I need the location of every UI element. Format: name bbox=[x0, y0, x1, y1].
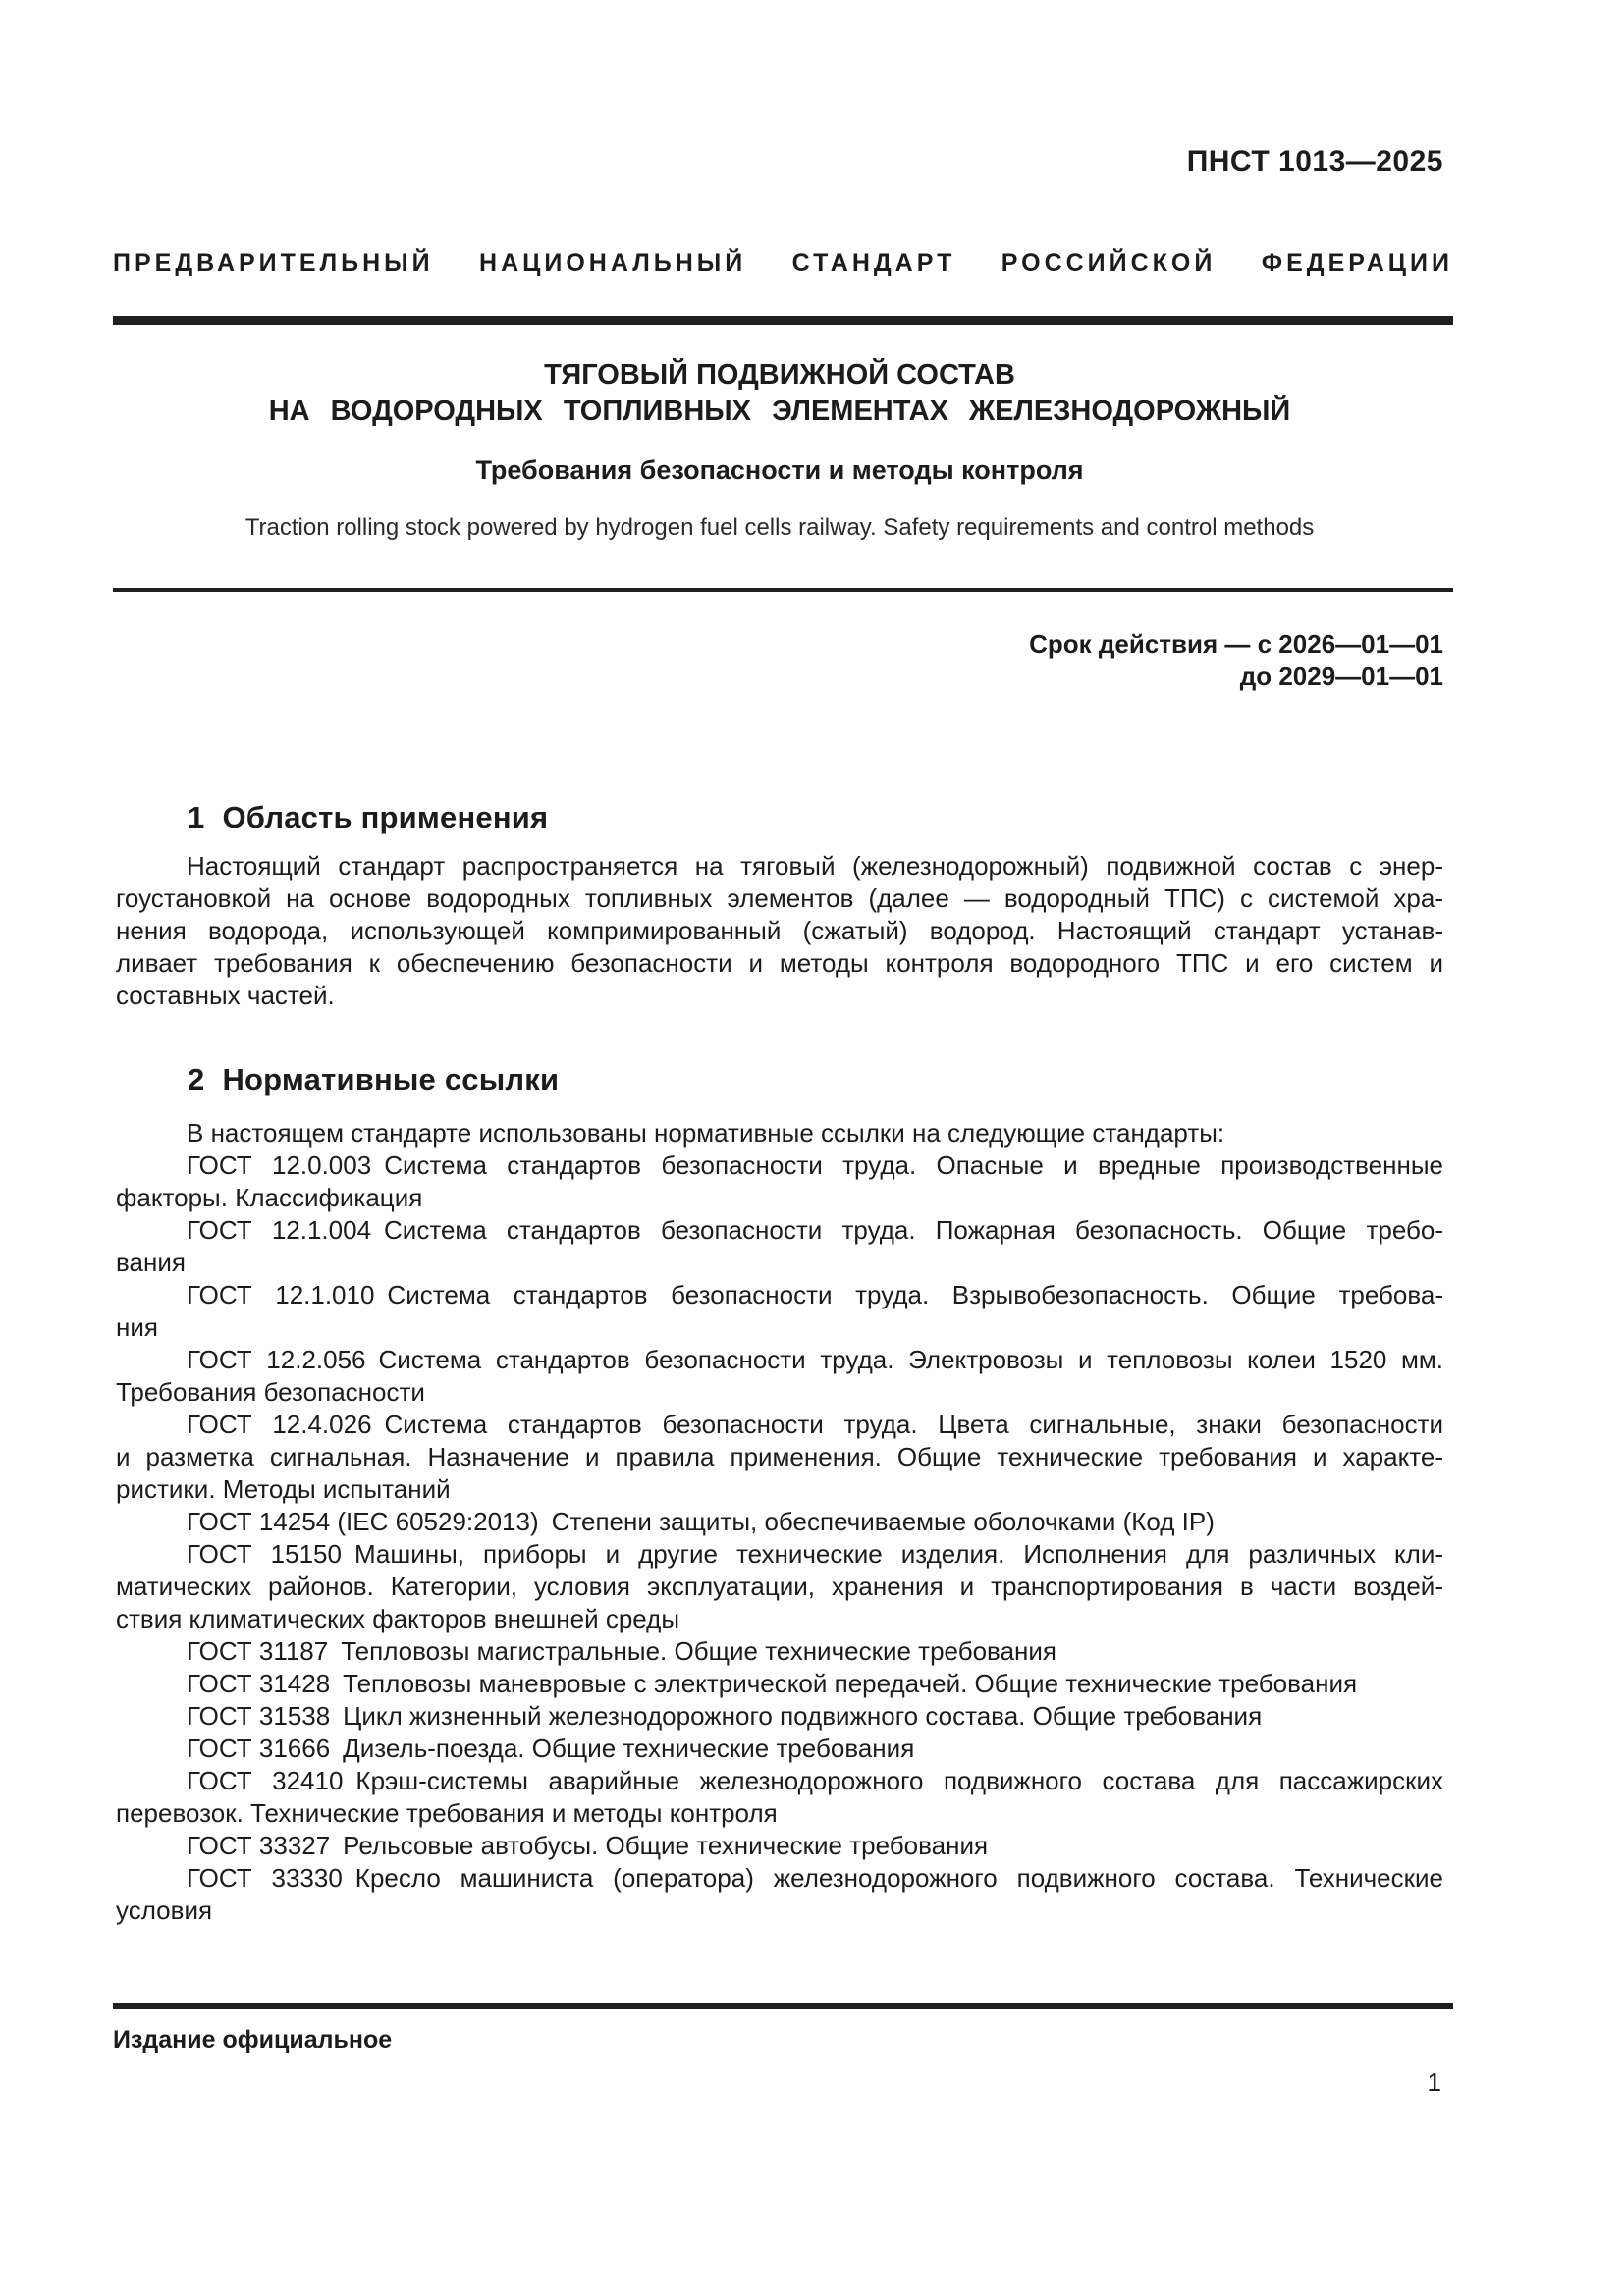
paragraph: ГОСТ 12.2.056 Система стандартов безопас… bbox=[116, 1344, 1443, 1409]
paragraph: ГОСТ 32410 Крэш-системы аварийные железн… bbox=[116, 1765, 1443, 1830]
validity-end-date: до 2029—01—01 bbox=[1029, 661, 1443, 693]
paragraph: ГОСТ 12.0.003 Система стандартов безопас… bbox=[116, 1149, 1443, 1214]
paragraph: Настоящий стандарт распространяется на т… bbox=[116, 850, 1443, 1012]
section-number: 1 bbox=[188, 800, 204, 835]
paragraph: ГОСТ 12.4.026 Система стандартов безопас… bbox=[116, 1409, 1443, 1506]
title-rule bbox=[113, 588, 1453, 592]
paragraph: ГОСТ 12.1.004 Система стандартов безопас… bbox=[116, 1214, 1443, 1279]
paragraph: ГОСТ 31187 Тепловозы магистральные. Общи… bbox=[116, 1635, 1443, 1668]
references-list: ГОСТ 12.0.003 Система стандартов безопас… bbox=[116, 1149, 1443, 1927]
subtitle-ru: Требования безопасности и методы контрол… bbox=[116, 455, 1443, 486]
section-2-body: В настоящем стандарте использованы норма… bbox=[116, 1117, 1443, 1927]
text-line: ГОСТ 31428 Тепловозы маневровые с электр… bbox=[116, 1668, 1443, 1700]
document-page: ПНСТ 1013—2025 ПРЕДВАРИТЕЛЬНЫЙ НАЦИОНАЛЬ… bbox=[0, 0, 1624, 2296]
text-line: ГОСТ 12.4.026 Система стандартов безопас… bbox=[116, 1409, 1443, 1441]
text-line: ГОСТ 12.0.003 Система стандартов безопас… bbox=[116, 1149, 1443, 1182]
paragraph: ГОСТ 31666 Дизель-поезда. Общие техничес… bbox=[116, 1733, 1443, 1765]
section-title: Нормативные ссылки bbox=[222, 1062, 559, 1097]
text-line: ливает требования к обеспечению безопасн… bbox=[116, 947, 1443, 980]
page-number: 1 bbox=[1428, 2067, 1441, 2098]
text-line: ГОСТ 32410 Крэш-системы аварийные железн… bbox=[116, 1765, 1443, 1797]
doc-number: ПНСТ 1013—2025 bbox=[1187, 145, 1443, 179]
validity-dates: Срок действия — с 2026—01—01 до 2029—01—… bbox=[1029, 628, 1443, 693]
text-line: составных частей. bbox=[116, 980, 1443, 1012]
text-line: Настоящий стандарт распространяется на т… bbox=[116, 850, 1443, 882]
text-line: В настоящем стандарте использованы норма… bbox=[116, 1117, 1443, 1149]
text-line: ГОСТ 12.2.056 Система стандартов безопас… bbox=[116, 1344, 1443, 1376]
text-line: ГОСТ 31538 Цикл жизненный железнодорожно… bbox=[116, 1700, 1443, 1733]
text-line: ГОСТ 31666 Дизель-поезда. Общие техничес… bbox=[116, 1733, 1443, 1765]
paragraph: ГОСТ 31538 Цикл жизненный железнодорожно… bbox=[116, 1700, 1443, 1733]
header-rule bbox=[113, 316, 1453, 325]
paragraph: ГОСТ 31428 Тепловозы маневровые с электр… bbox=[116, 1668, 1443, 1700]
text-line: ГОСТ 12.1.010 Система стандартов безопас… bbox=[116, 1279, 1443, 1311]
text-line: ГОСТ 33330 Кресло машиниста (оператора) … bbox=[116, 1862, 1443, 1895]
text-line: и разметка сигнальная. Назначение и прав… bbox=[116, 1441, 1443, 1473]
text-line: перевозок. Технические требования и мето… bbox=[116, 1797, 1443, 1830]
title-en: Traction rolling stock powered by hydrog… bbox=[116, 514, 1443, 542]
section-2-intro: В настоящем стандарте использованы норма… bbox=[116, 1117, 1443, 1149]
text-line: вания bbox=[116, 1247, 1443, 1279]
paragraph: ГОСТ 15150 Машины, приборы и другие техн… bbox=[116, 1538, 1443, 1635]
paragraph: ГОСТ 33330 Кресло машиниста (оператора) … bbox=[116, 1862, 1443, 1927]
paragraph: ГОСТ 33327 Рельсовые автобусы. Общие тех… bbox=[116, 1830, 1443, 1862]
text-line: условия bbox=[116, 1895, 1443, 1927]
section-2-heading: 2Нормативные ссылки bbox=[188, 1062, 559, 1097]
text-line: ГОСТ 31187 Тепловозы магистральные. Общи… bbox=[116, 1635, 1443, 1668]
text-line: гоустановкой на основе водородных топлив… bbox=[116, 882, 1443, 915]
text-line: ствия климатических факторов внешней сре… bbox=[116, 1603, 1443, 1635]
section-1-body: Настоящий стандарт распространяется на т… bbox=[116, 850, 1443, 1012]
title-ru-line2: НА ВОДОРОДНЫХ ТОПЛИВНЫХ ЭЛЕМЕНТАХ ЖЕЛЕЗН… bbox=[116, 396, 1443, 428]
standard-type-heading: ПРЕДВАРИТЕЛЬНЫЙ НАЦИОНАЛЬНЫЙ СТАНДАРТ РО… bbox=[113, 249, 1453, 278]
text-line: факторы. Классификация bbox=[116, 1182, 1443, 1214]
text-line: ГОСТ 33327 Рельсовые автобусы. Общие тех… bbox=[116, 1830, 1443, 1862]
text-line: матических районов. Категории, условия э… bbox=[116, 1571, 1443, 1603]
text-line: ристики. Методы испытаний bbox=[116, 1473, 1443, 1506]
text-line: ГОСТ 12.1.004 Система стандартов безопас… bbox=[116, 1214, 1443, 1247]
section-1-heading: 1Область применения bbox=[188, 800, 548, 835]
edition-note: Издание официальное bbox=[113, 2026, 392, 2055]
section-title: Область применения bbox=[222, 800, 548, 835]
text-line: ния bbox=[116, 1311, 1443, 1344]
paragraph: ГОСТ 12.1.010 Система стандартов безопас… bbox=[116, 1279, 1443, 1344]
section-number: 2 bbox=[188, 1062, 204, 1097]
text-line: ГОСТ 15150 Машины, приборы и другие техн… bbox=[116, 1538, 1443, 1571]
text-line: нения водорода, использующей компримиров… bbox=[116, 915, 1443, 947]
paragraph: ГОСТ 14254 (IEC 60529:2013) Степени защи… bbox=[116, 1506, 1443, 1538]
title-ru-line1: ТЯГОВЫЙ ПОДВИЖНОЙ СОСТАВ bbox=[116, 359, 1443, 392]
text-line: Требования безопасности bbox=[116, 1376, 1443, 1409]
text-line: ГОСТ 14254 (IEC 60529:2013) Степени защи… bbox=[116, 1506, 1443, 1538]
footer-rule bbox=[113, 2003, 1453, 2009]
validity-start-date: Срок действия — с 2026—01—01 bbox=[1029, 628, 1443, 661]
